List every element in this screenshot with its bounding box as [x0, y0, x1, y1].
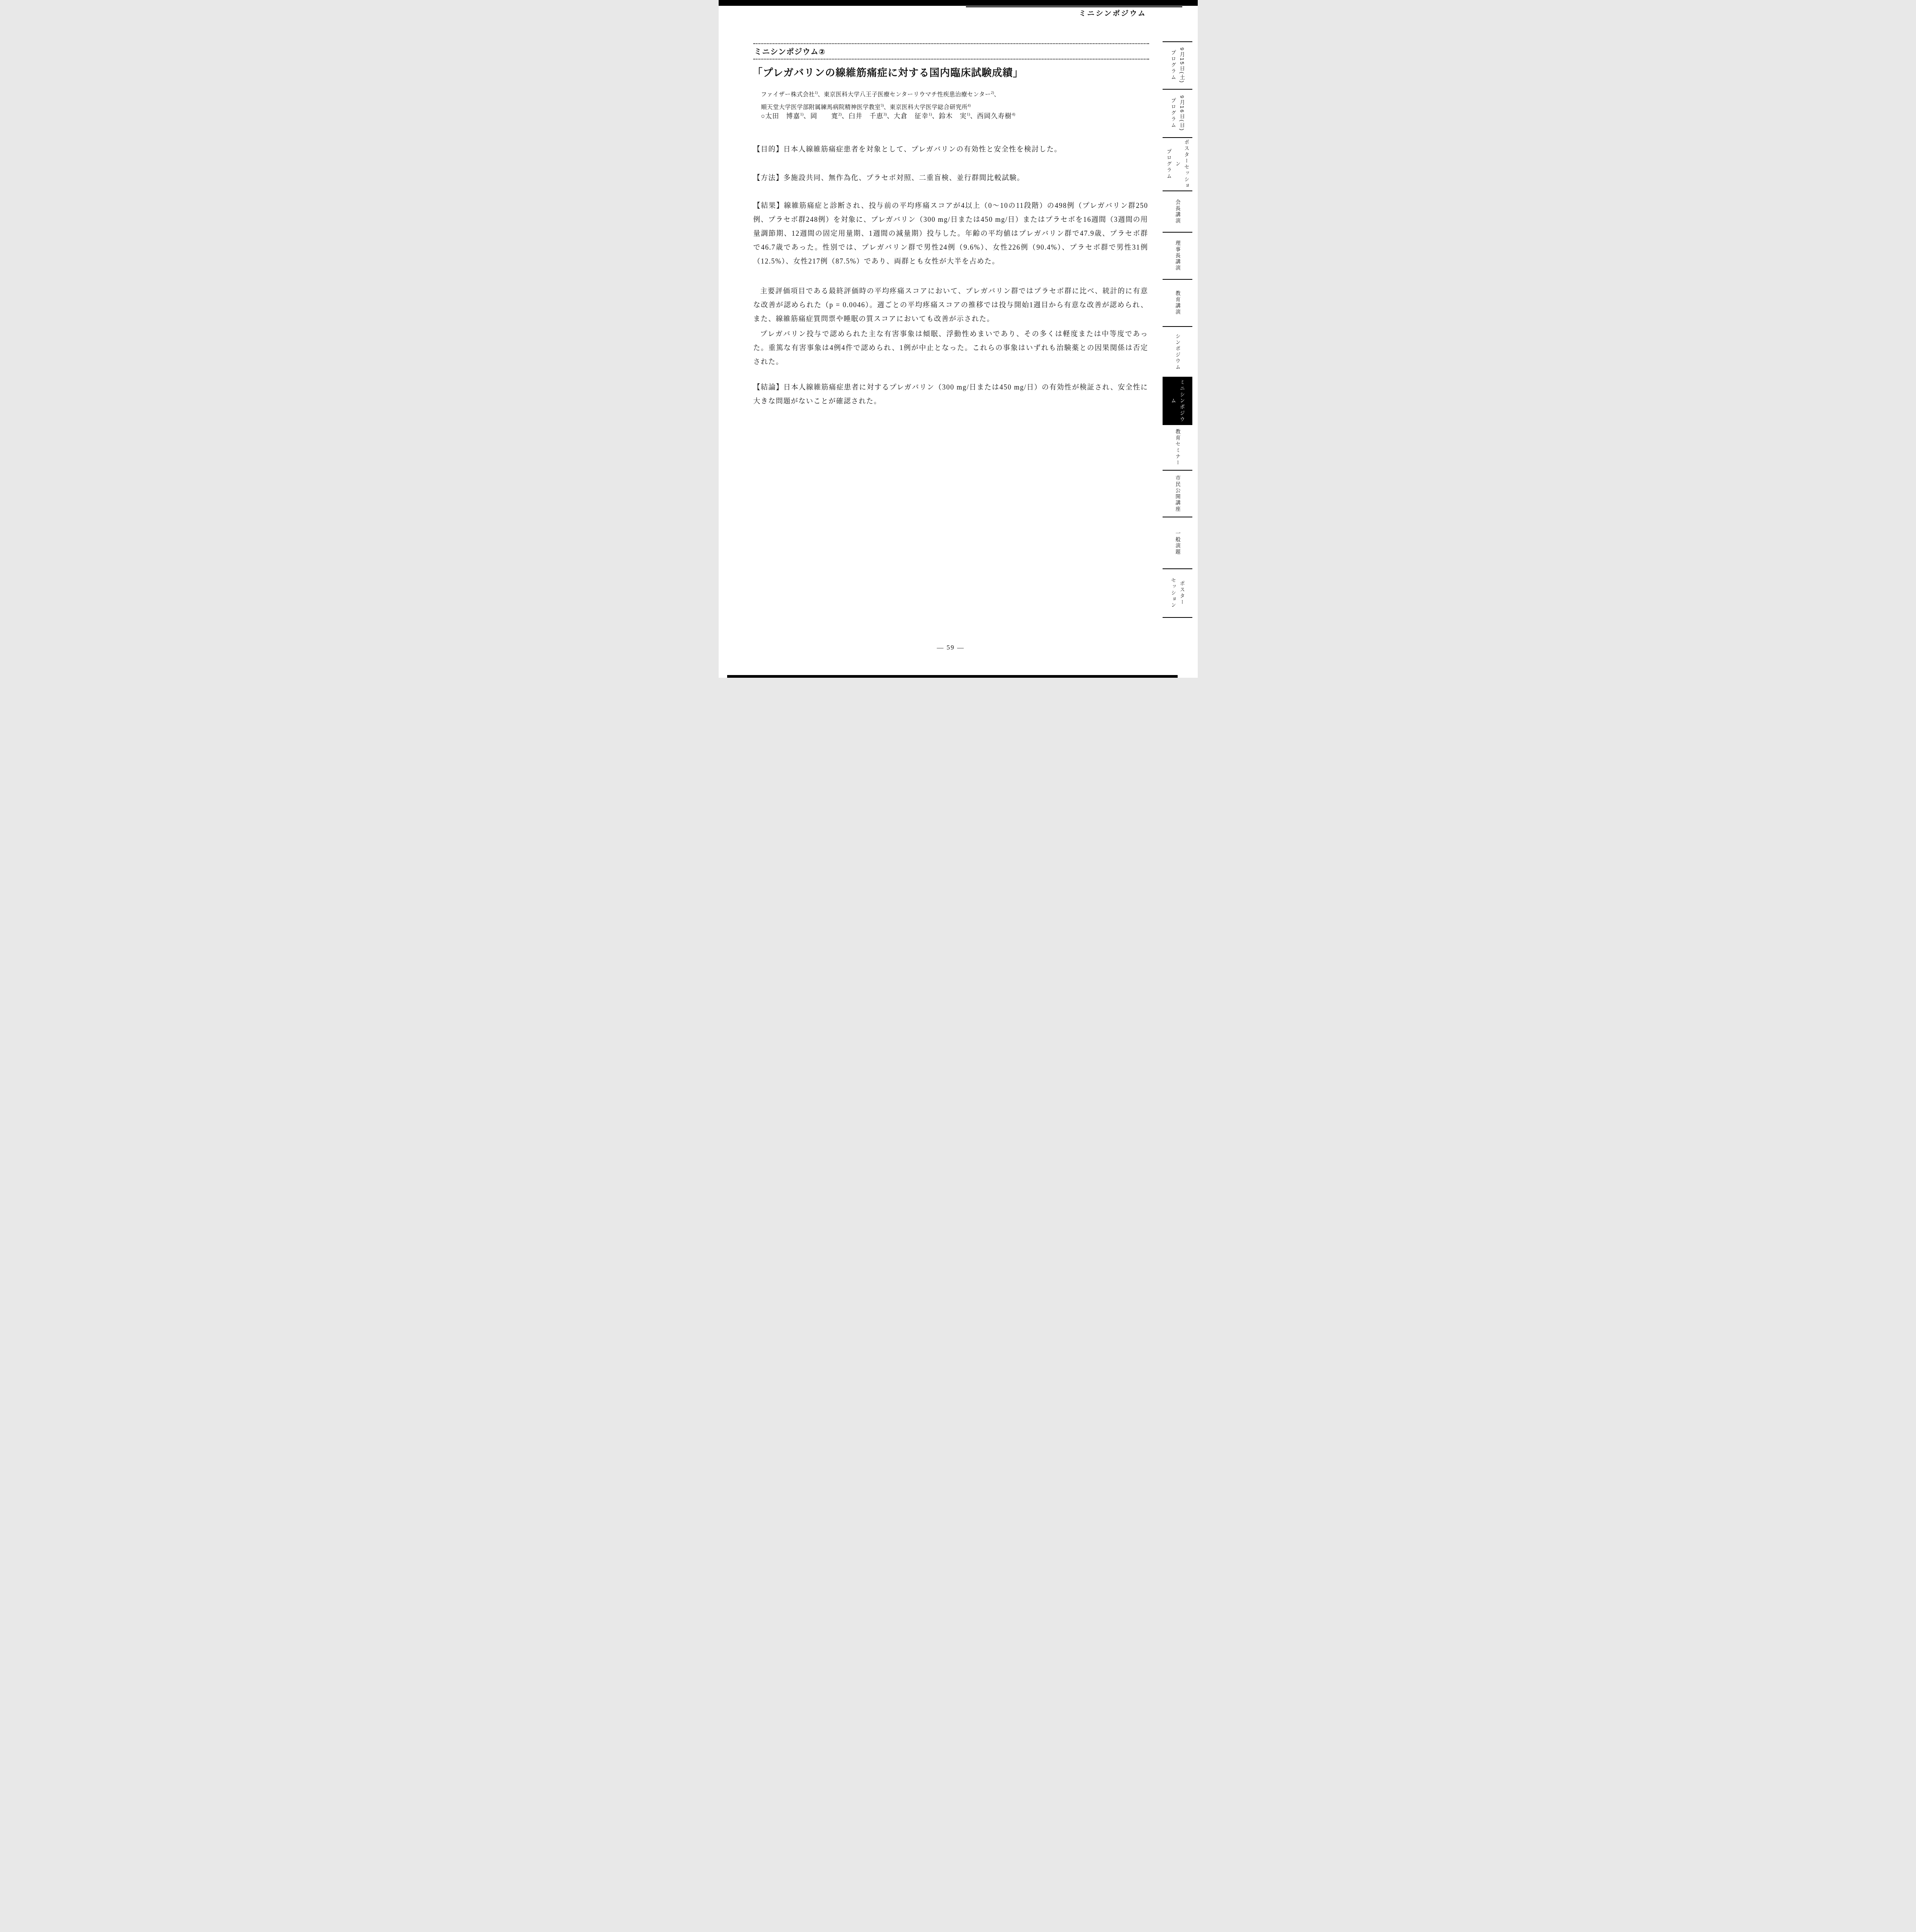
authors-line: ○太田 博嘉1)、岡 寛2)、臼井 千恵3)、大倉 征幸1)、鈴木 実1)、西岡… — [761, 111, 1151, 120]
results-paragraph-2: 主要評価項目である最終評価時の平均疼痛スコアにおいて、プレガバリン群ではプラセボ… — [753, 284, 1148, 326]
tab-presidential-lecture: 会長講演 — [1163, 190, 1192, 232]
results-paragraph-3: プレガバリン投与で認められた主な有害事象は傾眠、浮動性めまいであり、その多くは軽… — [753, 327, 1148, 369]
scanned-abstract-page: ミニシンポジウム ミニシンポジウム② 「プレガバリンの線維筋痛症に対する国内臨床… — [719, 0, 1198, 678]
scan-edge-bottom-bar — [727, 675, 1178, 678]
affiliations-block: ファイザー株式会社1)、東京医科大学八王子医療センターリウマチ性疾患治療センター… — [761, 88, 1148, 113]
abstract-title: 「プレガバリンの線維筋痛症に対する国内臨床試験成績」 — [753, 65, 1158, 79]
purpose-paragraph: 【目的】日本人線維筋痛症患者を対象として、プレガバリンの有効性と安全性を検討した… — [753, 142, 1148, 156]
tab-program-sep15: 9月15日(土) プログラム — [1163, 41, 1192, 89]
running-head: ミニシンポジウム — [1078, 8, 1147, 18]
results-paragraph-1: 【結果】線維筋痛症と診断され、投与前の平均疼痛スコアが4以上（0～10の11段階… — [753, 199, 1148, 268]
affiliation-line-1: ファイザー株式会社1)、東京医科大学八王子医療センターリウマチ性疾患治療センター… — [761, 88, 1148, 100]
tab-public-lecture: 市民公開講座 — [1163, 470, 1192, 517]
method-paragraph: 【方法】多施設共同、無作為化、プラセボ対照、二重盲検、並行群間比較試験。 — [753, 171, 1148, 185]
scan-edge-artifact — [966, 6, 1182, 7]
section-band: ミニシンポジウム② — [753, 43, 1149, 60]
tab-mini-symposium-active: ミニシンポジウム — [1163, 377, 1192, 424]
tab-poster-session: ポスター セッション — [1163, 568, 1192, 617]
conclusion-paragraph: 【結論】日本人線維筋痛症患者に対するプレガバリン（300 mg/日または450 … — [753, 380, 1148, 408]
tab-poster-session-program: ポスターセッション プログラム — [1163, 137, 1192, 190]
section-label: ミニシンポジウム② — [754, 48, 826, 56]
tab-program-sep16: 9月16日(日) プログラム — [1163, 89, 1192, 137]
tab-symposium: シンポジウム — [1163, 326, 1192, 377]
tab-general-presentations: 一般演題 — [1163, 517, 1192, 568]
page-number: — 59 — — [753, 644, 1148, 651]
tab-educational-lecture: 教育講演 — [1163, 279, 1192, 326]
scan-edge-top-bar — [719, 0, 1198, 6]
tab-chairman-lecture: 理事長講演 — [1163, 232, 1192, 279]
tab-educational-seminar: 教育セミナー — [1163, 424, 1192, 470]
index-tab-sidebar: 9月15日(土) プログラム 9月16日(日) プログラム ポスターセッション … — [1163, 41, 1192, 618]
